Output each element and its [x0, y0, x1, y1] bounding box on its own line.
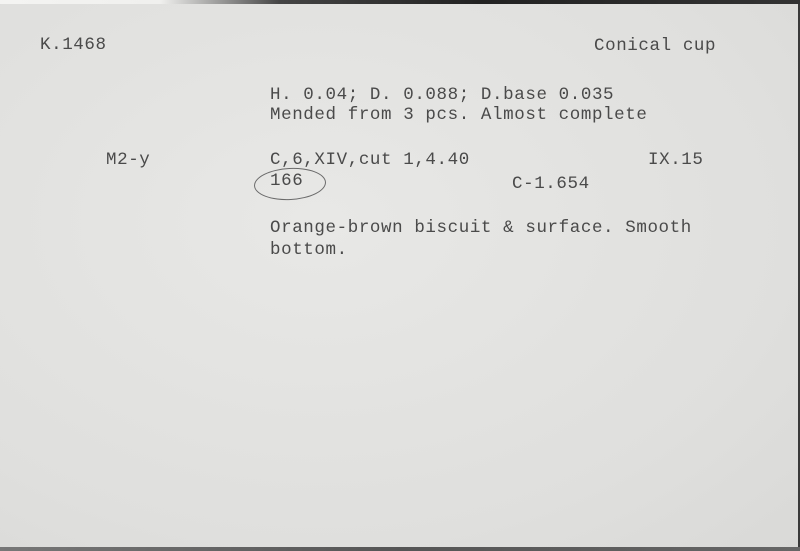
catalog-number: K.1468 — [40, 35, 107, 55]
inventory-reference: C-1.654 — [512, 174, 590, 194]
condition: Mended from 3 pcs. Almost complete — [270, 105, 647, 125]
card-bottom-edge — [0, 547, 800, 551]
date: IX.15 — [648, 150, 704, 170]
lot-number: 166 — [270, 171, 303, 191]
description-line-1: Orange-brown biscuit & surface. Smooth — [270, 218, 692, 238]
description-line-2: bottom. — [270, 240, 348, 260]
object-type: Conical cup — [594, 36, 716, 56]
grid-reference: M2-y — [106, 150, 150, 170]
dimensions: H. 0.04; D. 0.088; D.base 0.035 — [270, 85, 614, 105]
excavation-context: C,6,XIV,cut 1,4.40 — [270, 150, 470, 170]
